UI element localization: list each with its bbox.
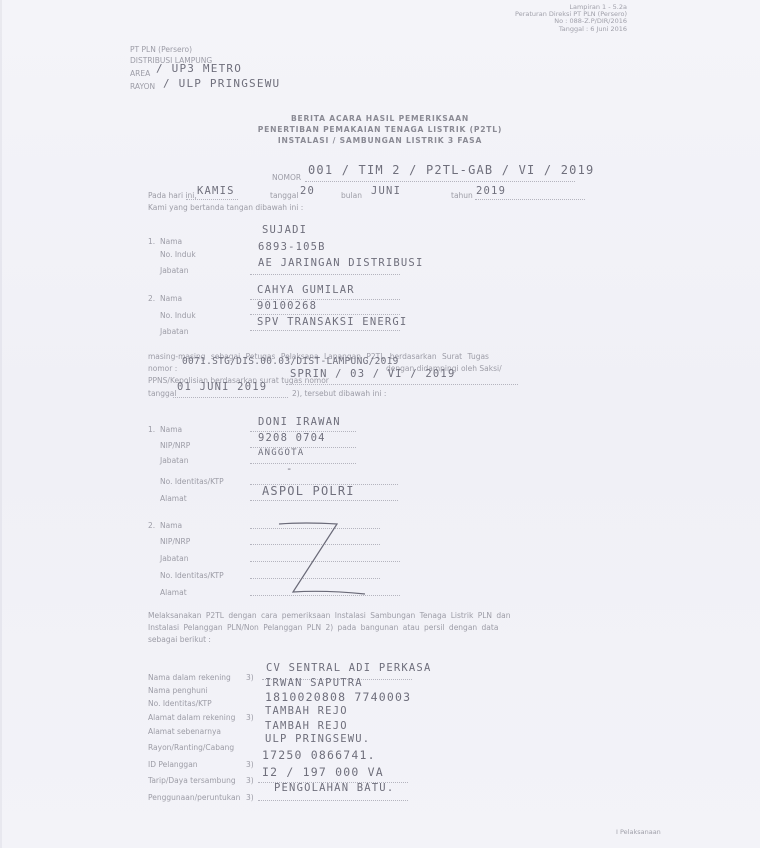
tahun-label: tahun	[451, 191, 473, 200]
tanggal-label: tanggal	[270, 191, 299, 200]
customer-value-5: ULP PRINGSEWU.	[265, 733, 370, 745]
witness-1-address-label: Alamat	[160, 494, 187, 503]
witness-1-number: 1.	[148, 425, 155, 434]
page-continuation-note: I Pelaksanaan	[616, 828, 661, 836]
rayon-label: RAYON	[130, 82, 155, 91]
witness-2-nip-label: NIP/NRP	[160, 537, 190, 546]
area-value: / UP3 METRO	[156, 62, 242, 75]
customer-label-2: No. Identitas/KTP	[148, 699, 212, 708]
assignment-sprin-value: SPRIN / 03 / VI / 2019	[290, 368, 455, 380]
witness-2-address-label: Alamat	[160, 588, 187, 597]
customer-label-4: Alamat sebenarnya	[148, 727, 221, 736]
customer-label-1: Nama penghuni	[148, 686, 208, 695]
assignment-tanggal-dotted-line	[173, 397, 288, 398]
customer-value-8: PENGOLAHAN BATU.	[274, 782, 394, 794]
customer-value-2: 1810020808 7740003	[265, 690, 411, 704]
witness-1-position-label: Jabatan	[160, 456, 188, 465]
attachment-reference: Lampiran 1 - 5.2a Peraturan Direksi PT P…	[0, 4, 627, 33]
tanggal-value: 20	[300, 185, 315, 197]
sprin-dotted-line	[286, 384, 518, 385]
execution-line-3: sebagai berikut :	[148, 635, 211, 644]
witness-1-addr-dotted-line	[250, 500, 398, 501]
customer-label-3: Alamat dalam rekening	[148, 713, 235, 722]
officer-2-id: 90100268	[257, 300, 317, 312]
area-label: AREA	[130, 69, 150, 78]
execution-line-1: Melaksanakan P2TL dengan cara pemeriksaa…	[148, 611, 511, 620]
officer-2-id-dotted-line	[250, 314, 400, 315]
witness-1-nip: 9208 0704	[258, 432, 326, 444]
customer-value-4: TAMBAH REJO	[265, 720, 348, 732]
officer-1-name-label: Nama	[160, 237, 182, 246]
bulan-value: JUNI	[371, 185, 401, 197]
witness-1-address: ASPOL POLRI	[262, 484, 355, 498]
witness-1-nip-label: NIP/NRP	[160, 441, 190, 450]
officer-1-dotted-line	[250, 274, 400, 275]
witness-2-name-label: Nama	[160, 521, 182, 530]
customer-label-8: Penggunaan/peruntukan	[148, 793, 240, 802]
customer-label-6: ID Pelanggan	[148, 760, 198, 769]
nomor-label: NOMOR	[272, 173, 301, 182]
officer-2-number: 2.	[148, 294, 155, 303]
bulan-label: bulan	[341, 191, 362, 200]
assignment-line-4-suffix: 2), tersebut dibawah ini :	[292, 389, 386, 398]
officer-2-name: CAHYA GUMILAR	[257, 284, 355, 296]
customer-note-6: 3)	[246, 760, 254, 769]
tahun-value: 2019	[476, 185, 506, 197]
customer-label-5: Rayon/Ranting/Cabang	[148, 743, 234, 752]
attachment-line-4: Tanggal : 6 Juni 2016	[0, 26, 627, 33]
witness-2-number: 2.	[148, 521, 155, 530]
customer-value-7: I2 / 197 000 VA	[262, 765, 384, 779]
officer-1-position-label: Jabatan	[160, 266, 188, 275]
witness-1-ktp-label: No. Identitas/KTP	[160, 477, 224, 486]
assignment-nomor-label: nomor :	[148, 364, 177, 373]
nomor-value: 001 / TIM 2 / P2TL-GAB / VI / 2019	[308, 163, 594, 177]
customer-note-7: 3)	[246, 776, 254, 785]
rayon-value: / ULP PRINGSEWU	[163, 77, 280, 90]
company-name: PT PLN (Persero)	[130, 45, 192, 54]
crossed-out-z-mark	[265, 520, 375, 600]
tahun-dotted-line	[475, 199, 585, 200]
witness-1-name: DONI IRAWAN	[258, 416, 341, 428]
officer-2-position: SPV TRANSAKSI ENERGI	[257, 316, 407, 328]
witness-2-position-label: Jabatan	[160, 554, 188, 563]
customer-value-6: 17250 0866741.	[262, 748, 376, 762]
nomor-dotted-line	[305, 181, 575, 182]
officer-1-id-label: No. Induk	[160, 250, 196, 259]
witness-1-name-label: Nama	[160, 425, 182, 434]
officer-2-pos-dotted-line	[250, 330, 400, 331]
customer-label-0: Nama dalam rekening	[148, 673, 231, 682]
witness-2-ktp-label: No. Identitas/KTP	[160, 571, 224, 580]
attachment-line-3: No : 088-Z.P/DIR/2016	[0, 18, 627, 25]
day-value: KAMIS	[197, 185, 235, 197]
witness-1-ktp: -	[286, 463, 294, 475]
attachment-line-2: Peraturan Direksi PT PLN (Persero)	[0, 11, 627, 18]
customer-note-8: 3)	[246, 793, 254, 802]
customer-value-0: CV SENTRAL ADI PERKASA	[266, 662, 431, 674]
officer-1-name: SUJADI	[262, 224, 307, 236]
officer-1-number: 1.	[148, 237, 155, 246]
witness-1-position: ANGGOTA	[258, 448, 304, 458]
customer-note-3: 3)	[246, 713, 254, 722]
officer-1-position: AE JARINGAN DISTRIBUSI	[258, 257, 423, 269]
scanned-document-page: Lampiran 1 - 5.2a Peraturan Direksi PT P…	[0, 0, 760, 848]
title-line-3: INSTALASI / SAMBUNGAN LISTRIK 3 FASA	[0, 136, 760, 145]
assignment-tanggal-value: 01 JUNI 2019	[177, 381, 267, 393]
officer-1-id: 6893-105B	[258, 241, 326, 253]
customer-label-7: Tarip/Daya tersambung	[148, 776, 236, 785]
witness-1-pos-dotted-line	[250, 463, 356, 464]
customer-note-0: 3)	[246, 673, 254, 682]
officer-2-position-label: Jabatan	[160, 327, 188, 336]
title-line-1: BERITA ACARA HASIL PEMERIKSAAN	[0, 114, 760, 123]
intro-text: Kami yang bertanda tangan dibawah ini :	[148, 203, 303, 212]
officer-2-name-label: Nama	[160, 294, 182, 303]
officer-2-id-label: No. Induk	[160, 311, 196, 320]
assignment-nomor-value: 0071.STG/DIS.00.03/DIST-LAMPUNG/2019	[182, 356, 399, 367]
customer-dotted-8	[258, 800, 408, 801]
customer-value-3: TAMBAH REJO	[265, 705, 348, 717]
day-dotted-line	[186, 199, 238, 200]
customer-value-1: IRWAN SAPUTRA	[265, 677, 363, 689]
title-line-2: PENERTIBAN PEMAKAIAN TENAGA LISTRIK (P2T…	[0, 125, 760, 134]
execution-line-2: Instalasi Pelanggan PLN/Non Pelanggan PL…	[148, 623, 498, 632]
